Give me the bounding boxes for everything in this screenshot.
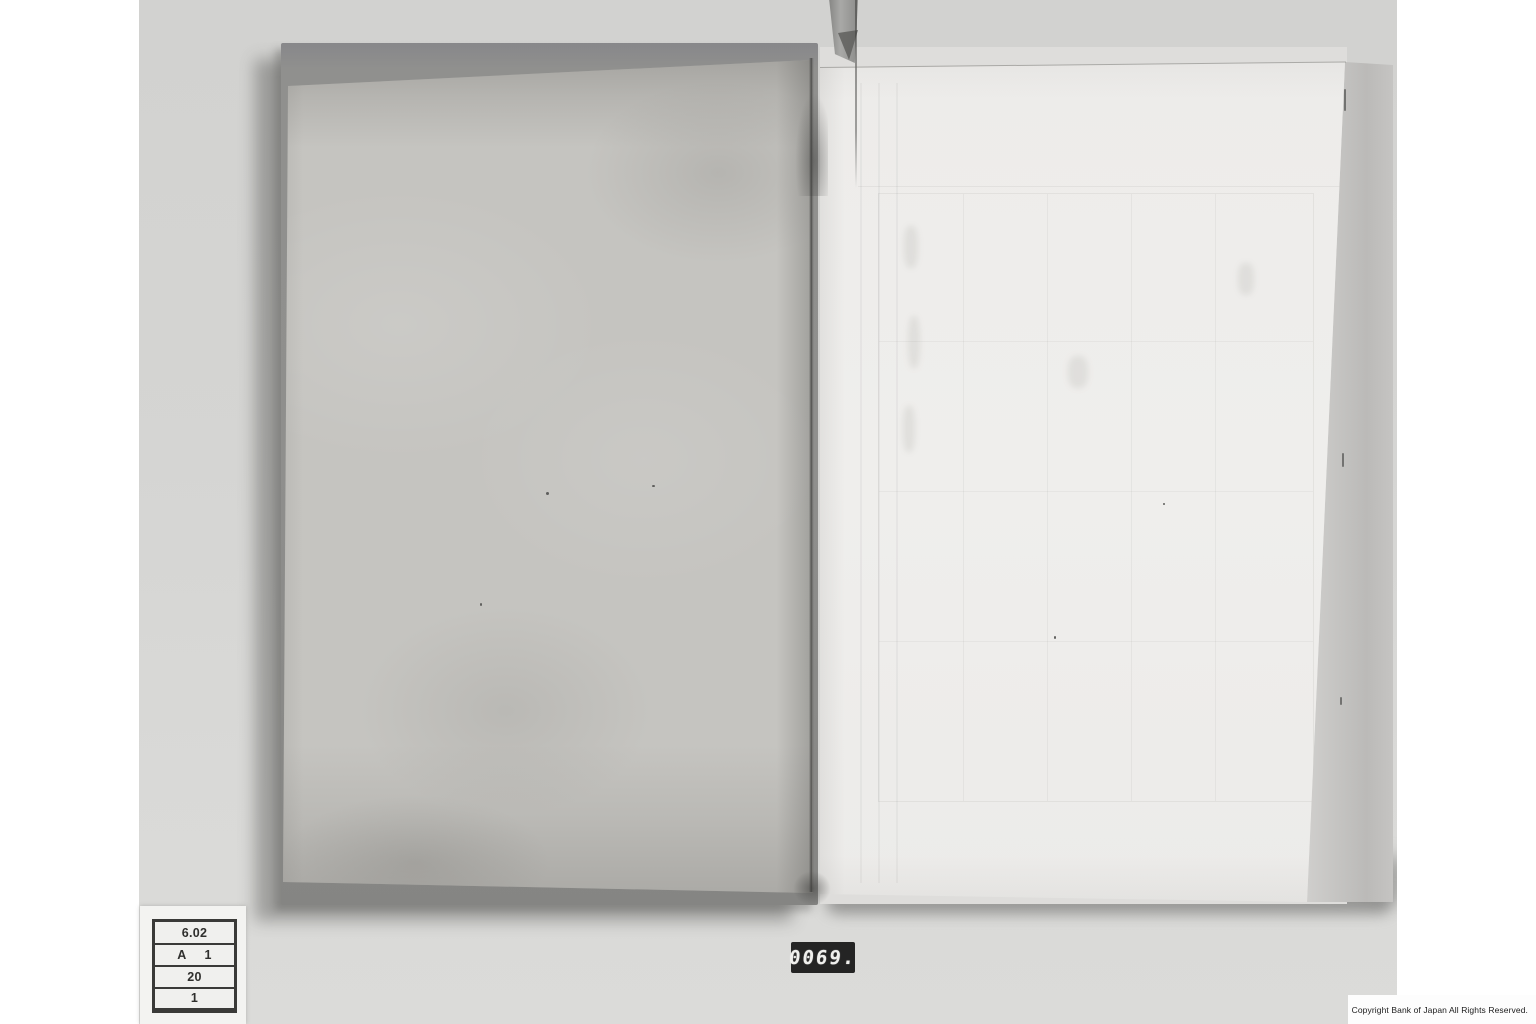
fore-edge-mark (1344, 89, 1346, 111)
bleed-column-line (1047, 194, 1048, 801)
bleed-smudge (903, 406, 915, 452)
bleed-column-line (963, 194, 964, 801)
bleed-column-line (1131, 194, 1132, 801)
call-number-label: 6.02 A 1 20 1 (152, 919, 237, 1013)
label-row-4: 1 (155, 989, 234, 1011)
bleed-smudge (904, 226, 918, 268)
page-streak (860, 83, 862, 883)
call-number-label-patch: 6.02 A 1 20 1 (140, 906, 246, 1024)
bleed-column-line (1215, 194, 1216, 801)
label-row-2-right: 1 (205, 948, 212, 962)
frame-counter: 0069. (791, 942, 855, 973)
dust-speck (480, 603, 482, 606)
label-row-3-text: 20 (187, 970, 202, 984)
sheet-vertical-edge-line (855, 0, 857, 188)
bleed-row-line (879, 341, 1313, 342)
right-page-leaf (818, 58, 1350, 906)
scanned-book-photo: { "scan": { "background_color": "#d6d6d4… (0, 0, 1536, 1024)
dust-speck (652, 485, 655, 487)
label-row-1: 6.02 (155, 922, 234, 945)
left-white-margin (0, 0, 139, 1024)
bleed-row-line (879, 491, 1313, 492)
sheet-edge-line (858, 186, 1345, 187)
bleed-smudge (1238, 263, 1254, 295)
right-white-margin (1397, 0, 1536, 1024)
bleed-smudge (908, 316, 920, 368)
gutter-top-shadow (788, 58, 828, 196)
label-row-4-text: 1 (191, 991, 198, 1005)
label-row-1-text: 6.02 (182, 926, 208, 940)
copyright-notice: Copyright Bank of Japan All Rights Reser… (1352, 1005, 1528, 1015)
dust-speck (1163, 503, 1165, 505)
label-row-3: 20 (155, 967, 234, 989)
bleed-row-line (879, 641, 1313, 642)
gutter-bottom-shadow (786, 862, 838, 910)
left-page-endpaper (282, 55, 814, 896)
dust-speck (1054, 636, 1056, 639)
copyright-patch: Copyright Bank of Japan All Rights Reser… (1348, 995, 1536, 1024)
bleed-smudge (1068, 356, 1088, 388)
label-row-2-left: A (177, 948, 186, 962)
fore-edge-mark (1340, 697, 1342, 705)
fore-edge-mark (1342, 453, 1344, 467)
label-row-2: A 1 (155, 945, 234, 967)
frame-counter-digits: 0069. (788, 947, 858, 969)
dust-speck (546, 492, 549, 495)
